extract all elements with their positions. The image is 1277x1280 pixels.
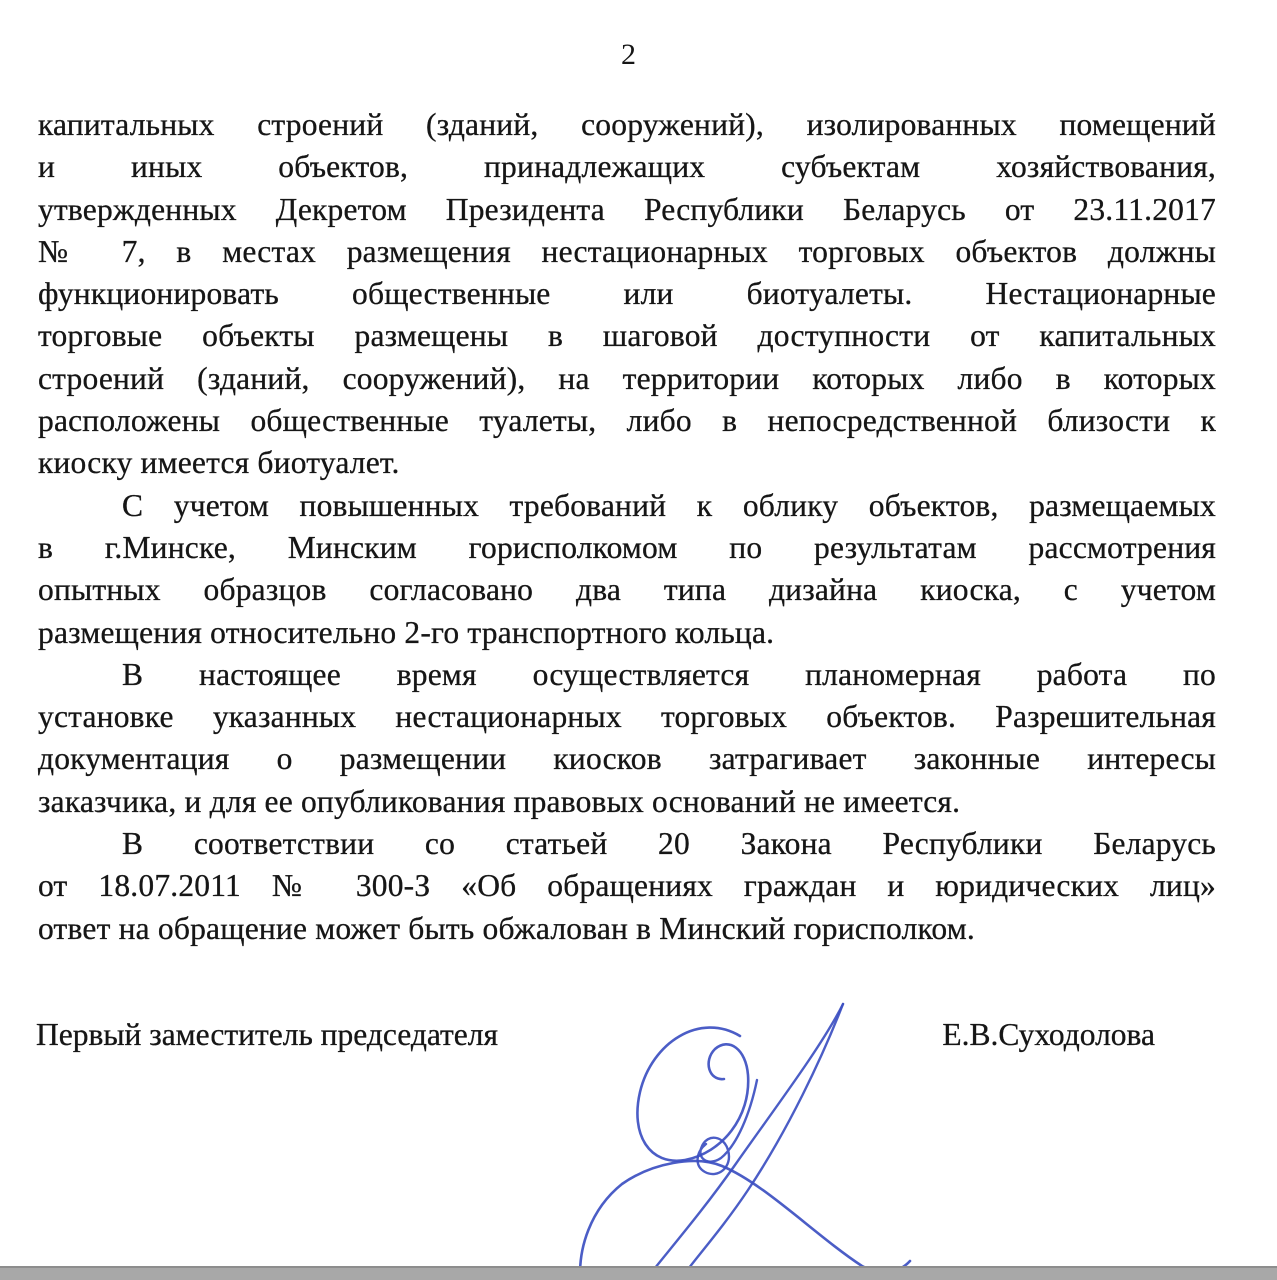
text-line: в г.Минске, Минским горисполкомом по рез… [38,527,1216,569]
text-line: документация о размещении киосков затраг… [38,738,1216,780]
paragraph: капитальных строений (зданий, сооружений… [38,104,1216,485]
text-line: от 18.07.2011 № 300-З «Об обращениях гра… [38,865,1216,907]
text-line: установке указанных нестационарных торго… [38,696,1216,738]
text-line: торговые объекты размещены в шаговой дос… [38,315,1216,357]
document-text: капитальных строений (зданий, сооружений… [38,104,1216,950]
text-line: № 7, в местах размещения нестационарных … [38,231,1216,273]
text-line: В соответствии со статьей 20 Закона Респ… [38,823,1216,865]
text-line: С учетом повышенных требований к облику … [38,485,1216,527]
paragraph: В настоящее время осуществляется планоме… [38,654,1216,823]
text-line: расположены общественные туалеты, либо в… [38,400,1216,442]
signature-stroke-sweep [580,1161,910,1280]
signatory-name: Е.В.Суходолова [942,1014,1155,1056]
paragraph: В соответствии со статьей 20 Закона Респ… [38,823,1216,950]
scanned-document-page: 2 капитальных строений (зданий, сооружен… [0,0,1277,1280]
text-line: функционировать общественные или биотуал… [38,273,1216,315]
text-line: ответ на обращение может быть обжалован … [38,908,1216,950]
text-line: капитальных строений (зданий, сооружений… [38,104,1216,146]
text-line: и иных объектов, принадлежащих субъектам… [38,146,1216,188]
text-line: опытных образцов согласовано два типа ди… [38,569,1216,611]
signatory-title: Первый заместитель председателя [36,1014,498,1056]
text-line: заказчика, и для ее опубликования правов… [38,781,1216,823]
signature-row: Первый заместитель председателя Е.В.Сухо… [36,1014,1155,1056]
text-line: В настоящее время осуществляется планоме… [38,654,1216,696]
paragraph: С учетом повышенных требований к облику … [38,485,1216,654]
scan-bottom-edge [0,1266,1277,1280]
text-line: строений (зданий, сооружений), на террит… [38,358,1216,400]
signature-stroke-loops [698,1080,757,1174]
text-line: утвержденных Декретом Президента Республ… [38,189,1216,231]
text-line: киоску имеется биотуалет. [38,442,1216,484]
text-line: размещения относительно 2-го транспортно… [38,612,1216,654]
page-number: 2 [0,38,1257,72]
